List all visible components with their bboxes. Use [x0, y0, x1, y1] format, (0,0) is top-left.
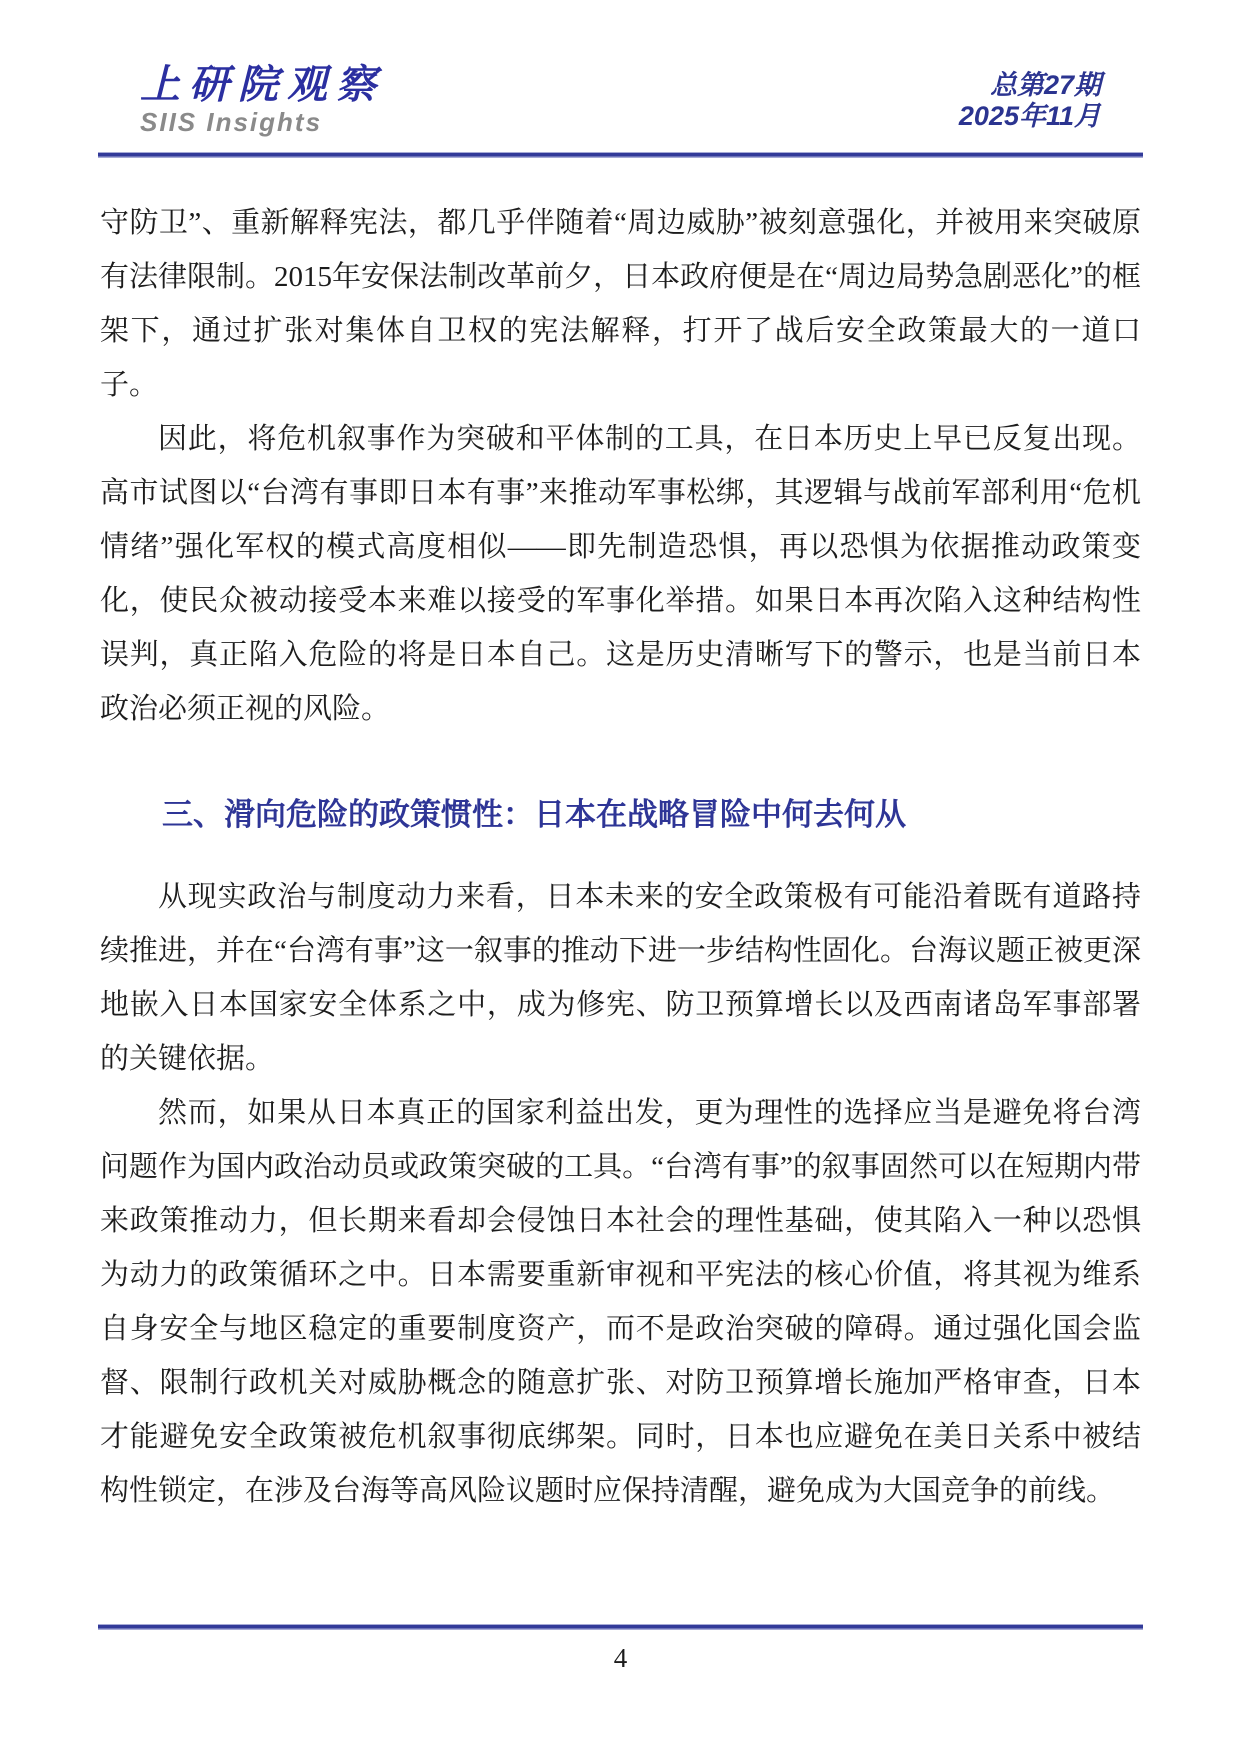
logo-chinese-title: 上研院观察 [140, 64, 385, 106]
page-header: 上研院观察 SIIS Insights 总第27期 2025年11月 [140, 64, 1101, 136]
body-paragraph-3: 从现实政治与制度动力来看，日本未来的安全政策极有可能沿着既有道路持续推进，并在“… [100, 870, 1141, 1086]
footer-divider-rule [98, 1624, 1143, 1630]
body-paragraph-2: 因此，将危机叙事作为突破和平体制的工具，在日本历史上早已反复出现。高市试图以“台… [100, 412, 1141, 736]
issue-date: 2025年11月 [959, 101, 1101, 132]
page-number: 4 [0, 1638, 1241, 1678]
section-heading-3: 三、滑向危险的政策惯性：日本在战略冒险中何去何从 [100, 788, 1141, 842]
body-paragraph-1: 守防卫”、重新解释宪法，都几乎伴随着“周边威胁”被刻意强化，并被用来突破原有法律… [100, 196, 1141, 412]
document-body: 守防卫”、重新解释宪法，都几乎伴随着“周边威胁”被刻意强化，并被用来突破原有法律… [100, 196, 1141, 1518]
header-divider-rule [98, 152, 1143, 158]
siis-logo: 上研院观察 SIIS Insights [140, 64, 385, 136]
issue-number: 总第27期 [959, 70, 1101, 101]
issue-info: 总第27期 2025年11月 [959, 70, 1101, 132]
logo-english-title: SIIS Insights [140, 108, 385, 136]
document-page: 上研院观察 SIIS Insights 总第27期 2025年11月 守防卫”、… [0, 0, 1241, 1754]
body-paragraph-4: 然而，如果从日本真正的国家利益出发，更为理性的选择应当是避免将台湾问题作为国内政… [100, 1086, 1141, 1518]
